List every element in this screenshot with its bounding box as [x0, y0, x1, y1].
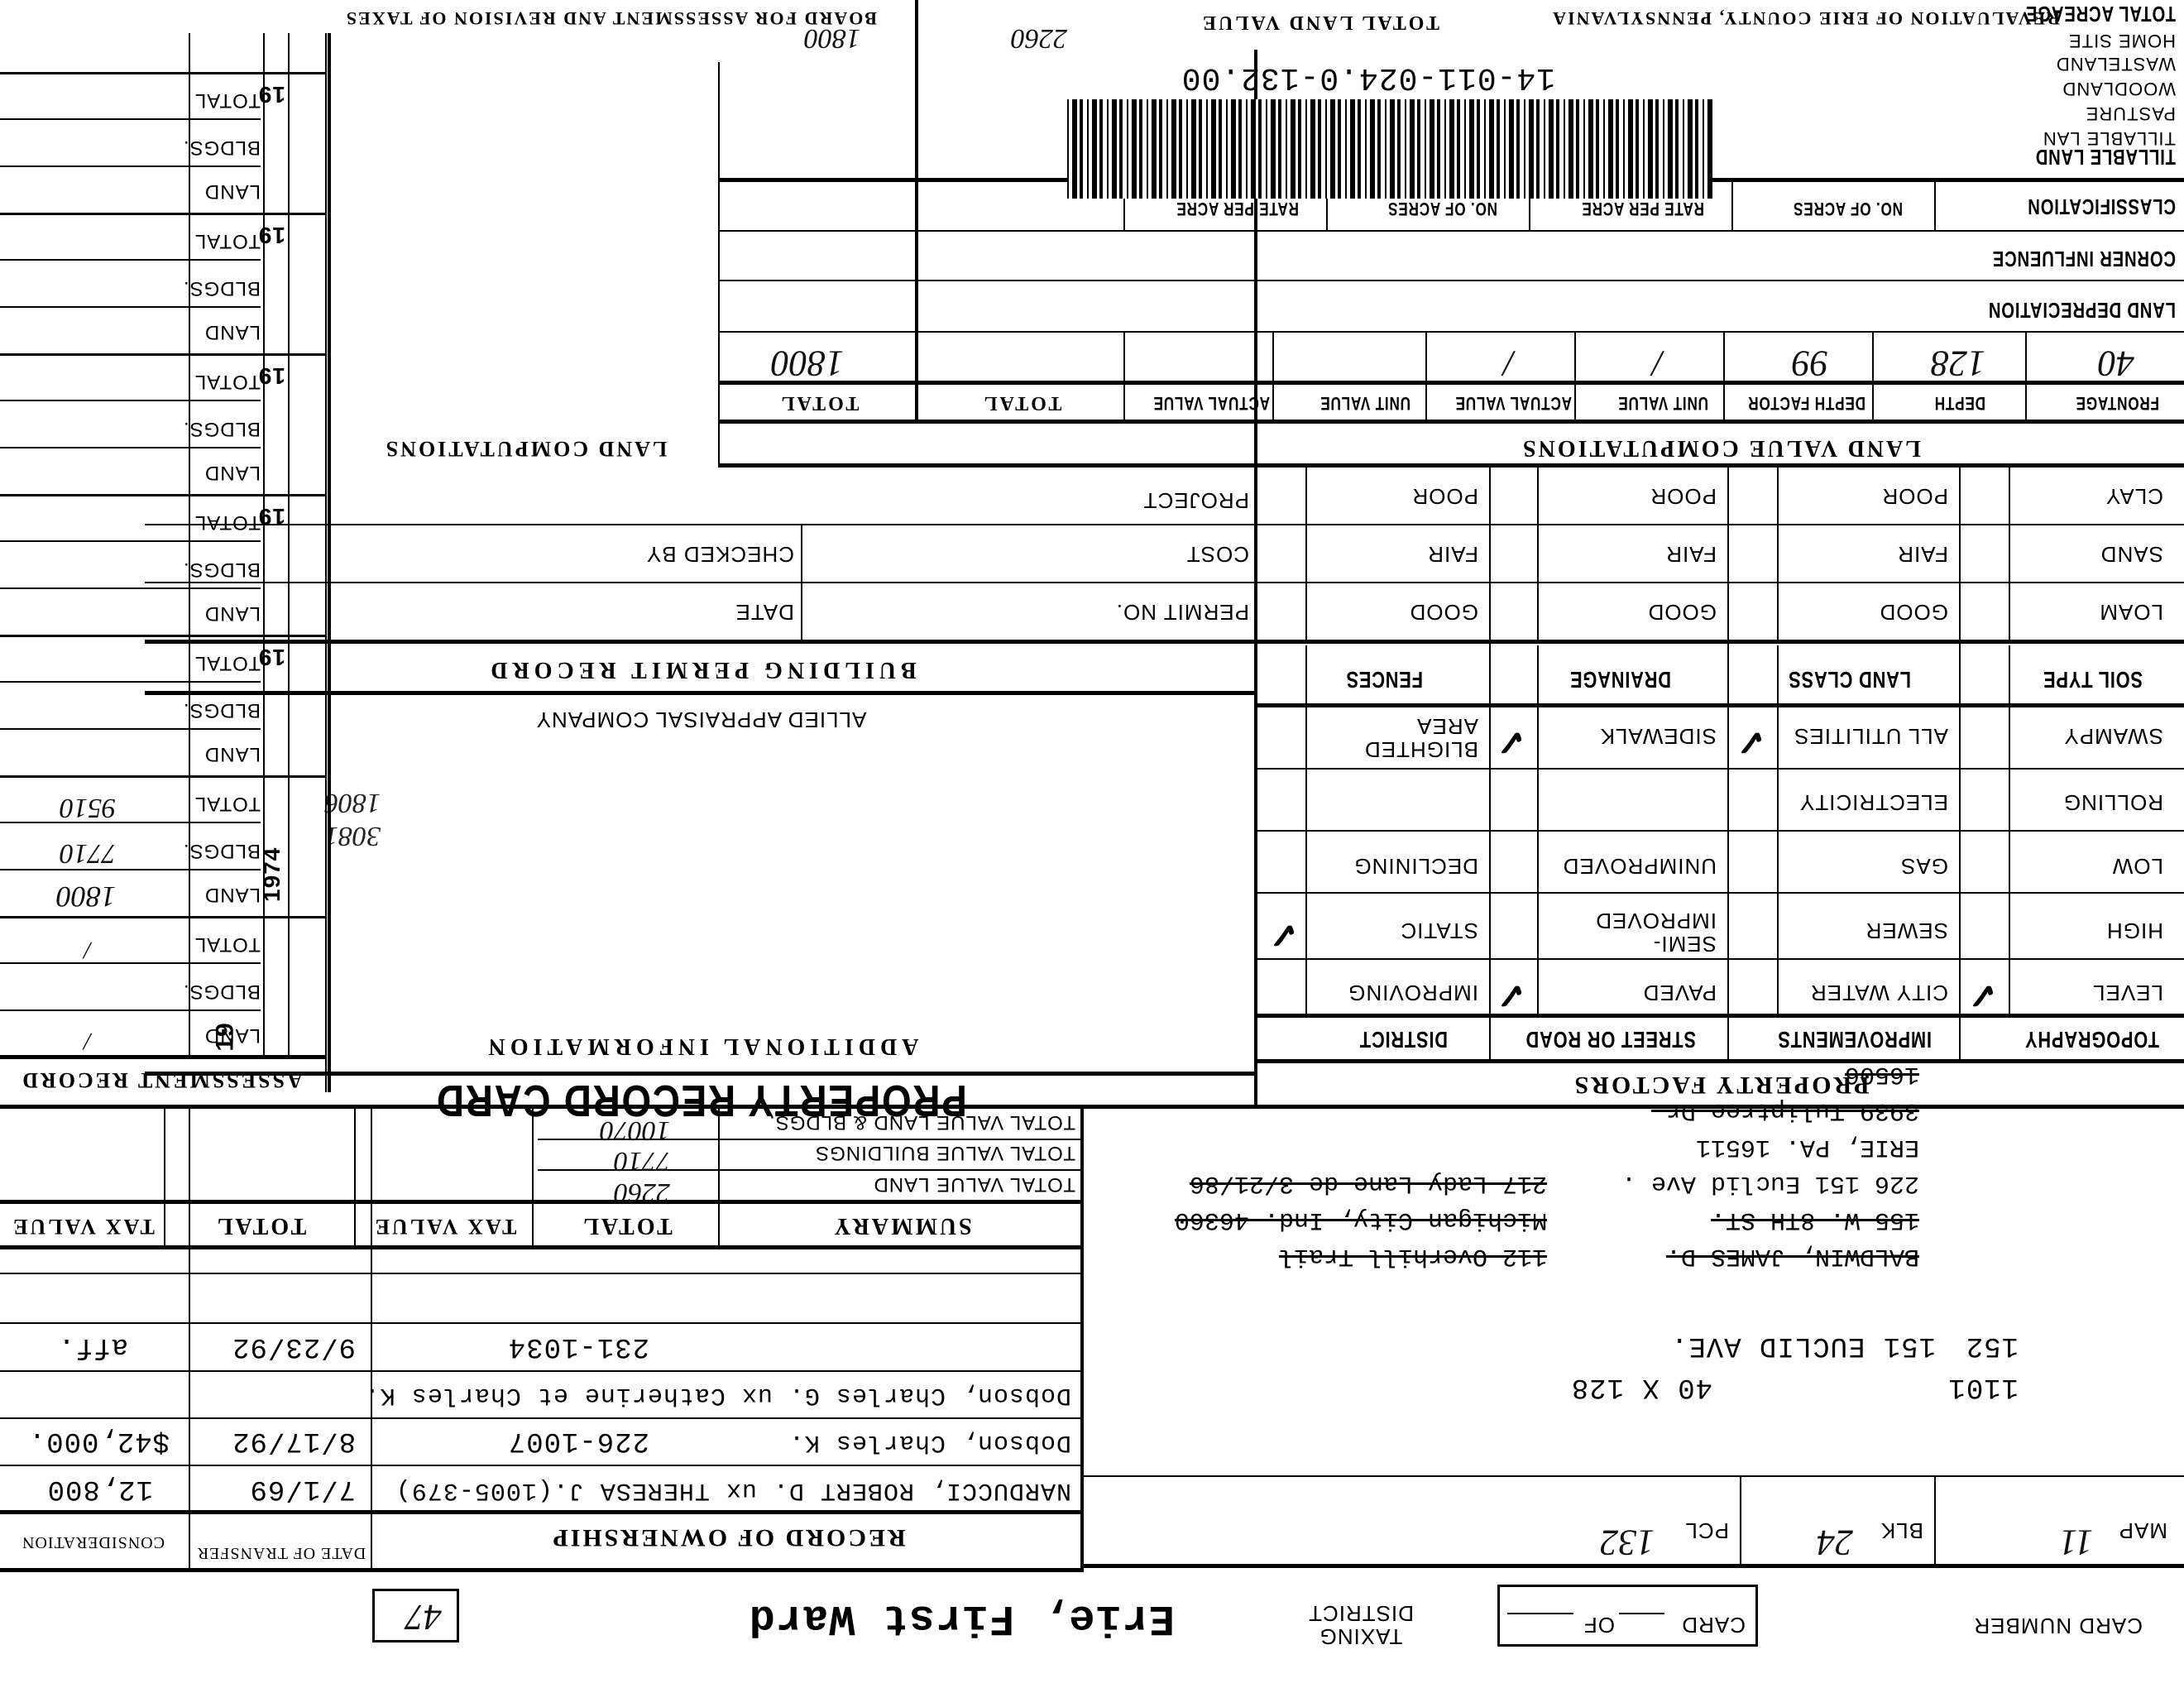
- county-title: REVALUATION OF ERIE COUNTY, PENNSYLVANIA: [1551, 7, 2060, 29]
- pcl-value: 132: [1600, 1522, 1655, 1564]
- land-computations-title: LAND COMPUTATIONS: [339, 436, 711, 461]
- depth-factor-value: 99: [1792, 343, 1828, 385]
- total-land-value-b: 2260: [1011, 22, 1067, 54]
- check-static: ✓: [1267, 914, 1299, 956]
- barcode-text: 14-011-024.0-132.00: [1181, 60, 1555, 95]
- col-consideration: CONSIDERATION: [0, 1532, 186, 1551]
- building-permit-title: BUILDING PERMIT RECORD: [145, 656, 1257, 683]
- project-label: PROJECT: [1143, 487, 1249, 513]
- check-paved: ✓: [1495, 974, 1526, 1016]
- land-value-computations-title: LAND VALUE COMPUTATIONS: [1257, 434, 2184, 461]
- assessment-year: 1974: [259, 847, 285, 902]
- parcel-line1-right: 40 X 128: [1571, 1371, 1712, 1403]
- summary-col-tax-value: TAX VALUE: [356, 1214, 534, 1239]
- property-record-card-title: PROPERTY RECORD CARD: [228, 1076, 1174, 1125]
- table-row: NARDUCCI, ROBERT D. ux THERESA J.(1005-3…: [0, 1467, 1080, 1513]
- table-row: Dobson, Charles K. 226-1007 8/17/92 $42,…: [0, 1419, 1080, 1465]
- taxing-district-value: Erie, First Ward: [749, 1594, 1175, 1642]
- property-record-card: CARD NUMBER CARD OF TAXING DISTRICT Erie…: [0, 0, 2184, 1688]
- ownership-title: RECORD OF OWNERSHIP: [376, 1523, 1080, 1551]
- taxing-district-label: TAXING DISTRICT: [1307, 1602, 1415, 1648]
- board-title: BOARD FOR ASSESSMENT AND REVISION OF TAX…: [345, 7, 877, 29]
- summary-col-total-2: TOTAL: [165, 1212, 356, 1239]
- total-land-value-label: TOTAL LAND VALUE: [1200, 11, 1439, 33]
- permit-no-label: PERMIT NO.: [1116, 599, 1249, 625]
- blk-value: 24: [1817, 1522, 1853, 1564]
- map-value: 11: [2059, 1522, 2093, 1564]
- total-value: 1800: [771, 343, 844, 385]
- handwritten-notes: 3081 1806: [141, 695, 381, 852]
- of-label: OF: [1583, 1612, 1615, 1638]
- barcode: [1067, 99, 1712, 199]
- address-block-right: 112 Overhill Trail Michigan City, Ind. 4…: [1100, 1165, 1547, 1274]
- summary-title: SUMMARY: [724, 1212, 1080, 1239]
- cost-label: COST: [1186, 541, 1249, 567]
- table-row: 231-1034 9/23/92 aff.: [0, 1325, 1080, 1370]
- card-number-label: CARD NUMBER: [1973, 1614, 2143, 1638]
- parcel-line2-left: 152: [1966, 1330, 2019, 1361]
- date-label: DATE: [735, 599, 794, 625]
- frontage-value: 40: [2098, 343, 2134, 385]
- check-level: ✓: [1966, 974, 1998, 1016]
- check-all-utilities: ✓: [1735, 721, 1766, 763]
- col-date-of-transfer: DATE OF TRANSFER: [194, 1544, 368, 1562]
- card-of-box: CARD OF: [1497, 1585, 1758, 1647]
- summary-col-total: TOTAL: [534, 1212, 720, 1239]
- assessment-title: ASSESSMENT RECORD: [0, 1067, 323, 1092]
- property-factors-title: PROPERTY FACTORS: [1257, 1071, 2184, 1099]
- check-blighted: ✓: [1495, 721, 1526, 763]
- summary-row-land: TOTAL VALUE LAND: [873, 1172, 1075, 1196]
- card-of-label: CARD: [1681, 1612, 1746, 1638]
- summary-col-tax-value-2: TAX VALUE: [0, 1214, 165, 1239]
- pcl-label: PCL: [1684, 1518, 1729, 1543]
- blk-label: BLK: [1880, 1518, 1923, 1543]
- checked-by-label: CHECKED BY: [646, 541, 794, 567]
- summary-row-buildings: TOTAL VALUE BUILDINGS: [815, 1141, 1075, 1164]
- map-label: MAP: [2119, 1518, 2167, 1543]
- parcel-line1-left: 1101: [1947, 1371, 2019, 1403]
- box-number: 47: [372, 1589, 459, 1642]
- table-row: Dobson, Charles G. ux Catherine et Charl…: [0, 1372, 1080, 1417]
- parcel-line2-right: 151 EUCLID AVE.: [1670, 1330, 1936, 1361]
- depth-value: 128: [1931, 343, 1985, 385]
